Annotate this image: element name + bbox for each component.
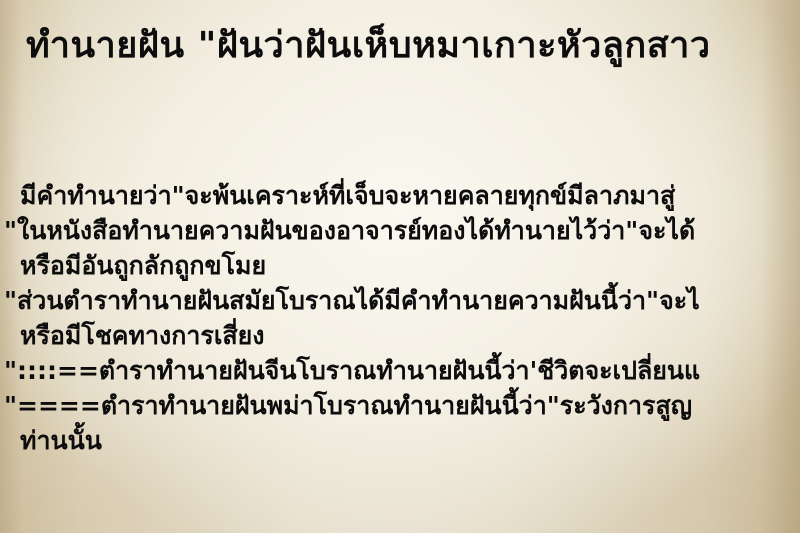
page-title: ทำนายฝัน "ฝันว่าฝันเห็บหมาเกาะหัวลูกสาว [26,22,711,70]
prediction-line-7: "====ตำราทำนายฝันพม่าโบราณทำนายฝันนี้ว่า… [0,388,800,423]
prediction-text-block: มีคำทำนายว่า"จะพ้นเคราะห์ที่เจ็บจะหายคลา… [0,178,800,458]
prediction-line-6: "::::==ตำราทำนายฝันจีนโบราณทำนายฝันนี้ว่… [0,353,800,388]
prediction-line-8: ท่านนั้น [0,423,800,458]
prediction-line-5: หรือมีโชคทางการเสี่ยง [0,318,800,353]
prediction-line-1: มีคำทำนายว่า"จะพ้นเคราะห์ที่เจ็บจะหายคลา… [0,178,800,213]
prediction-line-2: "ในหนังสือทำนายความฝันของอาจารย์ทองได้ทำ… [0,213,800,248]
prediction-line-3: หรือมีอันถูกลักถูกขโมย [0,248,800,283]
dream-prediction-page: ทำนายฝัน "ฝันว่าฝันเห็บหมาเกาะหัวลูกสาว … [0,0,800,533]
prediction-line-4: "ส่วนตำราทำนายฝันสมัยโบราณได้มีคำทำนายคว… [0,283,800,318]
